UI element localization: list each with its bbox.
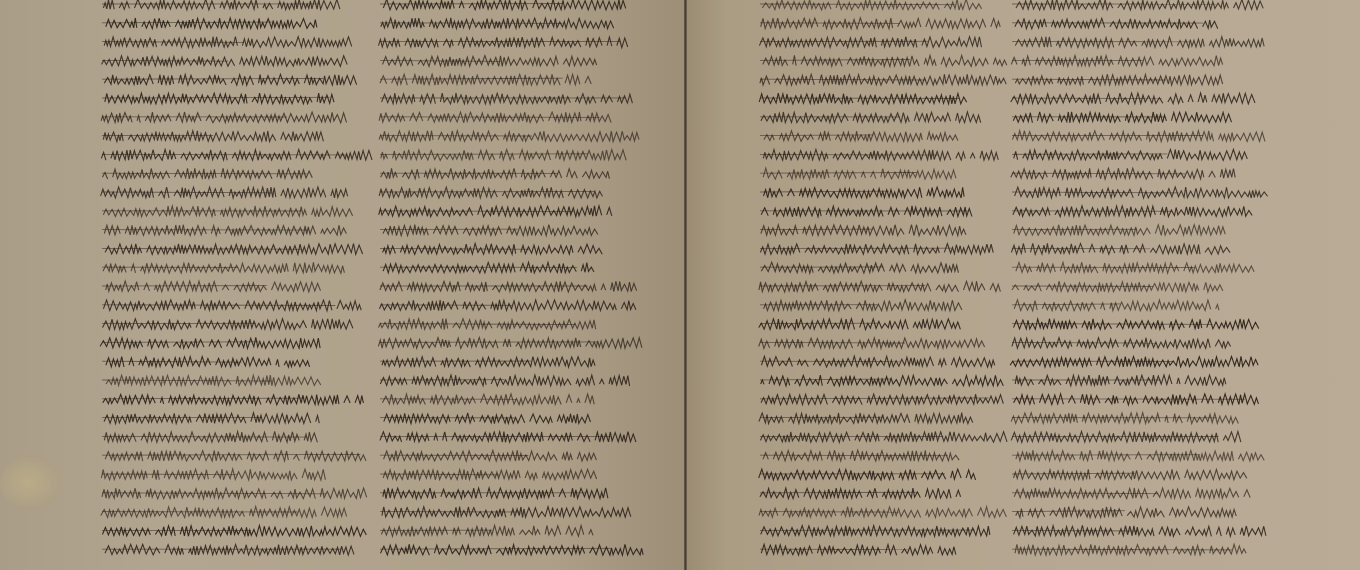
text-column bbox=[1010, 0, 1268, 555]
manuscript-spread bbox=[0, 0, 1360, 570]
handwritten-text-columns bbox=[0, 0, 1360, 570]
text-column bbox=[759, 0, 1007, 555]
text-column bbox=[100, 0, 372, 555]
text-column bbox=[378, 0, 643, 555]
